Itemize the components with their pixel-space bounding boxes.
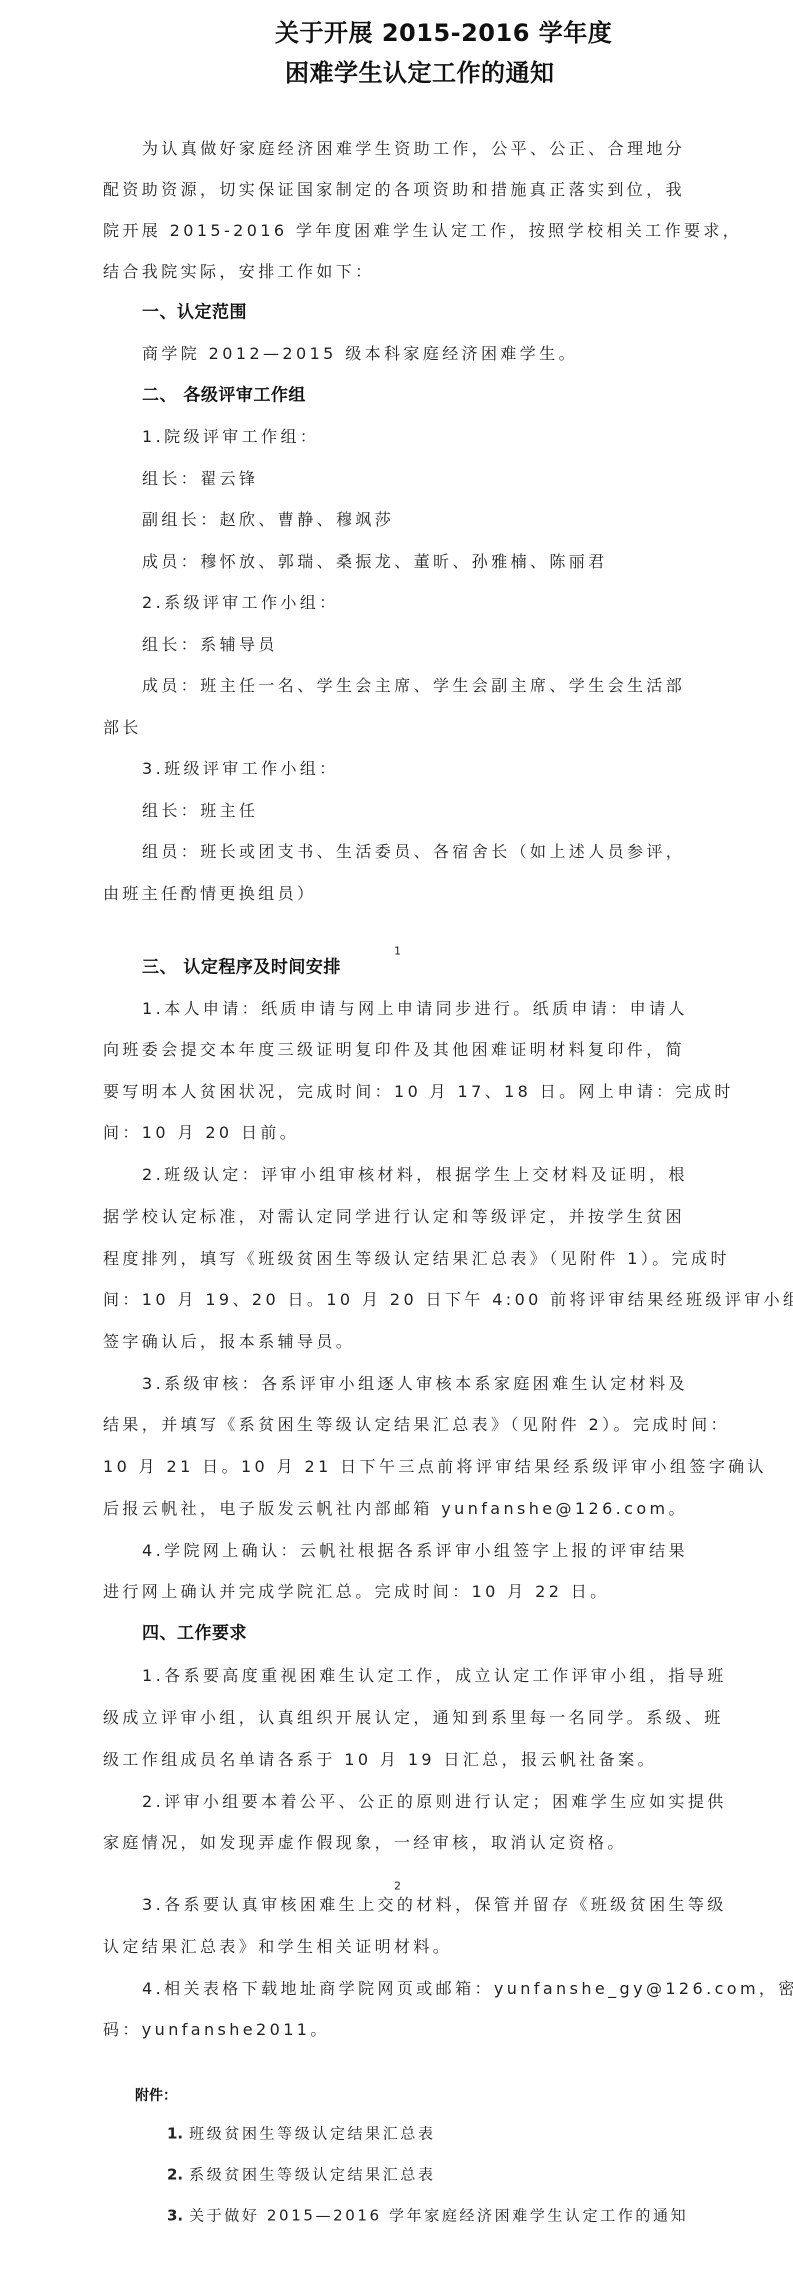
- requirement-line: 3.各系要认真审核困难生上交的材料，保管并留存《班级贫困生等级: [142, 1897, 727, 1913]
- college-group-title: 1.院级评审工作组：: [142, 429, 319, 445]
- requirement-line: 码：yunfanshe2011。: [103, 2022, 330, 2038]
- scope-text: 商学院 2012—2015 级本科家庭经济困难学生。: [142, 346, 578, 362]
- page-number: 1: [394, 946, 401, 957]
- requirement-line: 级工作组成员名单请各系于 10 月 19 日汇总，报云帆社备案。: [103, 1752, 657, 1768]
- procedure-line: 10 月 21 日。10 月 21 日下午三点前将评审结果经系级评审小组签字确认: [103, 1459, 767, 1475]
- procedure-line: 向班委会提交本年度三级证明复印件及其他困难证明材料复印件，简: [103, 1042, 685, 1058]
- attachment-item: 2.系级贫困生等级认定结果汇总表: [167, 2168, 436, 2183]
- class-group-members-cont: 由班主任酌情更换组员）: [103, 886, 316, 902]
- intro-paragraph-line: 院开展 2015-2016 学年度困难学生认定工作，按照学校相关工作要求，: [103, 223, 742, 239]
- attachment-number: 1.: [167, 2125, 183, 2143]
- department-group-leader: 组长：系辅导员: [142, 637, 278, 653]
- section-heading-procedure: 三、 认定程序及时间安排: [142, 960, 341, 977]
- requirement-line: 1.各系要高度重视困难生认定工作，成立认定工作评审小组，指导班: [142, 1668, 727, 1684]
- attachment-number: 2.: [167, 2166, 183, 2184]
- procedure-line: 4.学院网上确认：云帆社根据各系评审小组签字上报的评审结果: [142, 1543, 688, 1559]
- procedure-line: 2.班级认定：评审小组审核材料，根据学生上交材料及证明，根: [142, 1167, 688, 1183]
- procedure-line: 间：10 月 20 日前。: [103, 1125, 299, 1141]
- procedure-line: 间：10 月 19、20 日。10 月 20 日下午 4:00 前将评审结果经班…: [103, 1292, 793, 1308]
- attachment-title: 关于做好 2015—2016 学年家庭经济困难学生认定工作的通知: [189, 2207, 688, 2225]
- requirement-line: 家庭情况，如发现弄虚作假现象，一经审核，取消认定资格。: [103, 1835, 627, 1851]
- attachments-label: 附件：: [135, 2089, 177, 2103]
- class-group-leader: 组长：班主任: [142, 803, 258, 819]
- requirement-line: 2.评审小组要本着公平、公正的原则进行认定；困难学生应如实提供: [142, 1794, 727, 1810]
- document-title-line-1: 关于开展 2015-2016 学年度: [275, 21, 612, 45]
- college-group-members: 成员：穆怀放、郭瑞、桑振龙、董昕、孙雅楠、陈丽君: [142, 554, 608, 570]
- requirement-line: 4.相关表格下载地址商学院网页或邮箱：yunfanshe_gy@126.com，…: [142, 1981, 793, 1997]
- requirement-line: 认定结果汇总表》和学生相关证明材料。: [103, 1939, 452, 1955]
- procedure-line: 后报云帆社，电子版发云帆社内部邮箱 yunfanshe@126.com。: [103, 1501, 688, 1517]
- attachment-item: 3.关于做好 2015—2016 学年家庭经济困难学生认定工作的通知: [167, 2209, 688, 2224]
- class-group-members: 组员：班长或团支书、生活委员、各宿舍长（如上述人员参评，: [142, 844, 685, 860]
- page-number: 2: [394, 1881, 401, 1892]
- college-group-leader: 组长：翟云锋: [142, 471, 258, 487]
- section-heading-requirements: 四、工作要求: [142, 1626, 247, 1643]
- requirement-line: 级成立评审小组，认真组织开展认定，通知到系里每一名同学。系级、班: [103, 1710, 724, 1726]
- procedure-line: 进行网上确认并完成学院汇总。完成时间：10 月 22 日。: [103, 1584, 610, 1600]
- section-heading-review-groups: 二、 各级评审工作组: [142, 388, 306, 405]
- department-group-title: 2.系级评审工作小组：: [142, 595, 339, 611]
- attachment-title: 系级贫困生等级认定结果汇总表: [189, 2166, 435, 2184]
- procedure-line: 程度排列，填写《班级贫困生等级认定结果汇总表》（见附件 1）。完成时: [103, 1251, 730, 1267]
- procedure-line: 签字确认后，报本系辅导员。: [103, 1334, 355, 1350]
- procedure-line: 要写明本人贫困状况，完成时间：10 月 17、18 日。网上申请：完成时: [103, 1084, 734, 1100]
- section-heading-scope: 一、认定范围: [142, 305, 247, 322]
- procedure-line: 3.系级审核：各系评审小组逐人审核本系家庭困难生认定材料及: [142, 1376, 688, 1392]
- department-group-members: 成员：班主任一名、学生会主席、学生会副主席、学生会生活部: [142, 678, 685, 694]
- class-group-title: 3.班级评审工作小组：: [142, 761, 339, 777]
- intro-paragraph-line: 为认真做好家庭经济困难学生资助工作，公平、公正、合理地分: [142, 141, 685, 157]
- document-title-line-2: 困难学生认定工作的通知: [285, 61, 555, 85]
- intro-paragraph-line: 结合我院实际，安排工作如下：: [103, 264, 375, 280]
- procedure-line: 据学校认定标准，对需认定同学进行认定和等级评定，并按学生贫困: [103, 1209, 685, 1225]
- attachment-title: 班级贫困生等级认定结果汇总表: [189, 2125, 435, 2143]
- procedure-line: 结果，并填写《系贫困生等级认定结果汇总表》（见附件 2）。完成时间：: [103, 1417, 730, 1433]
- attachment-item: 1.班级贫困生等级认定结果汇总表: [167, 2127, 436, 2142]
- attachment-number: 3.: [167, 2207, 183, 2225]
- department-group-members-cont: 部长: [103, 720, 142, 736]
- procedure-line: 1.本人申请：纸质申请与网上申请同步进行。纸质申请：申请人: [142, 1001, 688, 1017]
- college-group-deputy: 副组长：赵欣、曹静、穆飒莎: [142, 512, 394, 528]
- intro-paragraph-line: 配资助资源，切实保证国家制定的各项资助和措施真正落实到位，我: [103, 182, 685, 198]
